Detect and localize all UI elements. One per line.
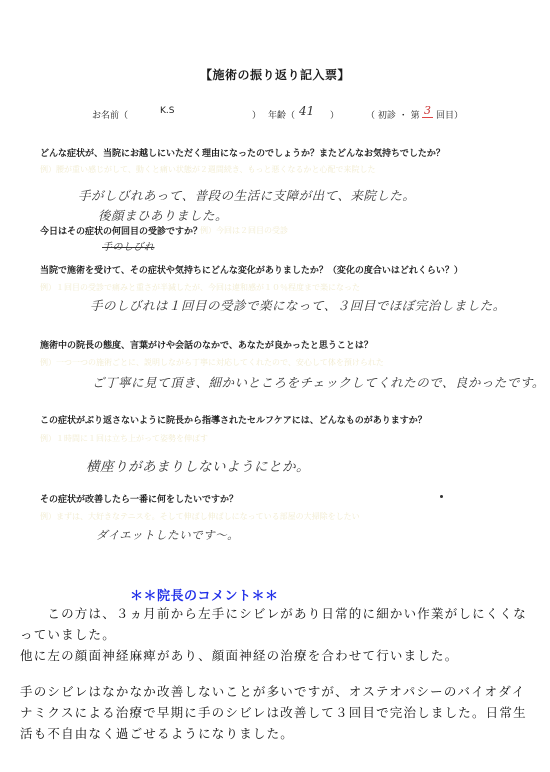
comment-paragraph-2: 他に左の顔面神経麻痺があり、顔面神経の治療を合わせて行いました。 <box>20 645 535 666</box>
comment-paragraph-1: この方は、３ヵ月前から左手にシビレがあり日常的に細かい作業がしにくくなっていまし… <box>20 603 535 645</box>
answer-5: 横座りがあまりしないようにとか。 <box>86 455 310 475</box>
comment-paragraph-3: 手のシビレはなかなか改善しないことが多いですが、オステオパシーのバイオダイナミク… <box>20 681 535 744</box>
visit-label: （ 初診 ・ 第 <box>366 108 420 121</box>
question-2: 今日はその症状の何回目の受診ですか？ <box>40 224 202 237</box>
comment-title: ＊＊院長のコメント＊＊ <box>130 585 279 604</box>
age-close: ） <box>330 108 339 121</box>
answer-3: 手のしびれは１回目の受診で楽になって、３回目でほぼ完治しました。 <box>90 296 506 314</box>
answer-4: ご丁寧に見て頂き、細かいところをチェックしてくれたので、良かったです。 <box>92 373 545 391</box>
age-label: 年齢（ <box>268 108 295 121</box>
question-4-example: 例）一つ一つの施術ごとに、説明しながら丁寧に対応してくれたので、安心して体を預け… <box>40 357 384 368</box>
visit-close: 回目） <box>436 108 463 121</box>
visit-number: 3 <box>422 104 433 118</box>
question-6-example: 例）まずは、大好きなテニスを。そして伸ばし伸ばしになっている部屋の大掃除をしたい <box>40 511 360 522</box>
question-4: 施術中の院長の態度、言葉がけや会話のなかで、あなたが良かったと思うことは？ <box>40 338 373 351</box>
answer-6: ダイエットしたいです～。 <box>96 527 239 543</box>
answer-1-line-2: 後顔まひありました。 <box>98 206 228 224</box>
question-5-example: 例）１時間に１回は立ち上がって姿勢を伸ばす <box>40 433 208 444</box>
question-6: その症状が改善したら一番に何をしたいですか？ <box>40 492 238 505</box>
question-1: どんな症状が、当院にお越しにいただく理由になったのでしょうか？またどんなお気持ち… <box>40 146 445 159</box>
question-3-example: 例）１回目の受診で痛みと重さが半減したが、今回は違和感が１０％程度まで楽になった <box>40 282 360 293</box>
question-3: 当院で施術を受けて、その症状や気持ちにどんな変化がありましたか？（変化の度合いは… <box>40 263 463 276</box>
ink-dot <box>440 495 443 498</box>
name-label: お名前（ <box>92 108 128 121</box>
question-1-example: 例）腰が重い感じがして、動くと痛い状態が２週間続き、もっと悪くなるかと心配で来院… <box>40 164 376 175</box>
answer-1-line-1: 手がしびれあって、普段の生活に支障が出て、来院した。 <box>78 186 415 204</box>
name-value: K.S <box>160 106 174 116</box>
name-close: ） <box>252 108 261 121</box>
question-5: この症状がぶり返さないように院長から指導されたセルフケアには、どんなものがありま… <box>40 413 427 426</box>
answer-2: 手のしびれ <box>102 238 155 253</box>
age-value: 41 <box>299 104 314 118</box>
form-title: 【施術の振り返り記入票】 <box>0 66 550 83</box>
question-2-example: 例）今回は２回目の受診 <box>200 225 288 236</box>
